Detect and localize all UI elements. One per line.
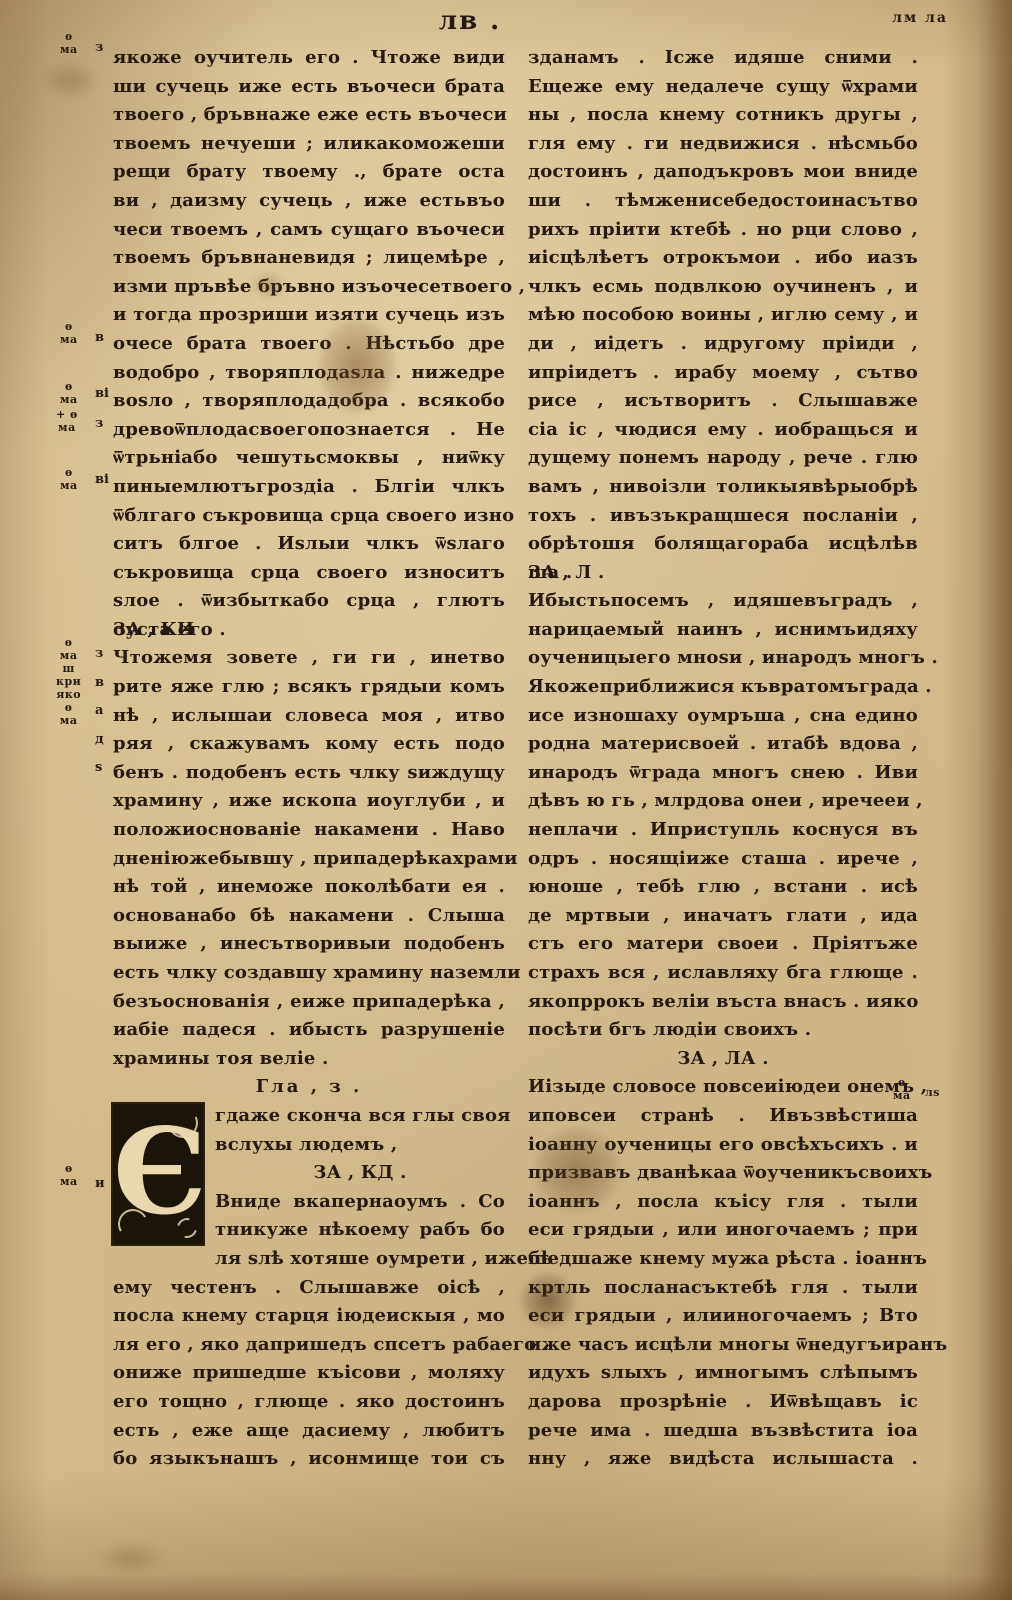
margin-note-line: яко — [56, 688, 81, 701]
folio-number: лв . — [0, 6, 940, 36]
text-line: древоѿплодасвоегопознается . Не — [113, 416, 505, 445]
text-line: іоанну оученицы его овсѣхъсихъ . и — [528, 1131, 918, 1160]
text-line: ля его , яко дапришедъ спсетъ рабаего . — [113, 1331, 505, 1360]
text-line: есть , еже аще дасиему , любитъ — [113, 1417, 505, 1446]
section-number-marker: в — [95, 675, 104, 690]
paper-stain — [96, 1540, 166, 1576]
text-line: безъоснованія , еиже припадерѣка , — [113, 988, 505, 1017]
margin-note-line: ма — [893, 1089, 911, 1102]
text-line: члкъ есмь подвлкою оучиненъ , и — [528, 273, 918, 302]
margin-note: лѕ — [925, 1086, 940, 1099]
margin-note-line: ма — [56, 714, 81, 727]
section-number-marker: з — [95, 416, 103, 431]
text-line: ряя , скажувамъ кому есть подо — [113, 730, 505, 759]
margin-note-line: лѕ — [925, 1086, 940, 1099]
book-page-scan: лв . лм ла якоже оучитель его . Чтоже ви… — [0, 0, 1012, 1600]
text-line: сіа іс , чюдися ему . иобращься и — [528, 416, 918, 445]
text-line: иісцѣлѣетъ отрокъмои . ибо иазъ — [528, 244, 918, 273]
text-line: твоемъ бръвнаневидя ; лицемѣре , — [113, 244, 505, 273]
margin-note-line: ма — [60, 333, 78, 346]
text-line: иповсеи странѣ . Ивъзвѣстиша — [528, 1102, 918, 1131]
text-line: выиже , инесътворивыи подобенъ — [113, 930, 505, 959]
text-line: нну , яже видѣста ислышаста . — [528, 1445, 918, 1474]
text-line: тохъ . ивъзъкращшеся посланіи , — [528, 502, 918, 531]
text-line: ля ѕлѣ хотяше оумрети , ижебѣ — [113, 1245, 505, 1274]
section-number-marker: з — [95, 646, 103, 661]
text-line: еси грядыи , илииногочаемъ ; Вто — [528, 1302, 918, 1331]
text-line: храмину , иже ископа иоуглуби , и — [113, 787, 505, 816]
section-number-marker: в — [95, 330, 104, 345]
margin-note-line: ма — [60, 1175, 78, 1188]
initial-flourish-icon — [173, 1214, 200, 1241]
page-edge-shadow — [978, 0, 1012, 1600]
text-line: Ибыстьпосемъ , идяшевъградъ , — [528, 587, 918, 616]
text-line: де мртвыи , иначатъ глати , ида — [528, 902, 918, 931]
text-line: нарицаемый наинъ , иснимъидяху — [528, 616, 918, 645]
text-line: изми пръвѣе бръвно изъочесетвоего , — [113, 273, 505, 302]
text-line: дущему понемъ народу , рече . глю — [528, 444, 918, 473]
text-line: оученицыего мноѕи , инародъ многъ . — [528, 644, 918, 673]
margin-note-line: ма — [60, 393, 78, 406]
margin-note: + ѳма — [56, 408, 78, 434]
text-line: ѿблгаго съкровища срца своего изно — [113, 502, 505, 531]
text-line: Иізыде словосе повсеиіюдеи онемъ , — [528, 1073, 918, 1102]
zachalo-mark: ЗА , КИ . — [113, 616, 505, 645]
margin-note-line: ма — [60, 479, 78, 492]
text-line: Чтожемя зовете , ги ги , инетво — [113, 644, 505, 673]
margin-note-line: ѳ — [56, 636, 81, 649]
margin-note-line: ма — [56, 649, 81, 662]
section-number-marker: з — [95, 40, 103, 55]
ornate-initial-letter: Є — [113, 1104, 203, 1244]
margin-note: ѳма — [893, 1076, 911, 1102]
header-chapter-refs: лм ла — [892, 10, 948, 26]
margin-note: ѳма — [60, 380, 78, 406]
text-line: дненіюжебывшу , припадерѣкахрами — [113, 845, 505, 874]
text-line: нѣ той , инеможе поколѣбати ея . — [113, 873, 505, 902]
text-line: исе изношаху оумръша , сна едино — [528, 702, 918, 731]
text-line: шедшаже кнему мужа рѣста . іоаннъ — [528, 1245, 918, 1274]
text-line: якоже оучитель его . Чтоже види — [113, 44, 505, 73]
text-line: посла кнему старця іюдеискыя , мо — [113, 1302, 505, 1331]
margin-note-line: ма — [60, 43, 78, 56]
text-line: чеси твоемъ , самъ сущаго въочеси — [113, 216, 505, 245]
text-line: еси грядыи , или иногочаемъ ; при — [528, 1216, 918, 1245]
margin-note-line: ш — [56, 662, 81, 675]
margin-note: ѳма — [60, 320, 78, 346]
text-line: есть члку создавшу храмину наземли — [113, 959, 505, 988]
text-line: іоаннъ , посла къісу гля . тыли — [528, 1188, 918, 1217]
text-line: ди , иідетъ . идругому пріиди , — [528, 330, 918, 359]
text-line: съкровища срца своего износитъ — [113, 559, 505, 588]
text-line: зданамъ . Ісже идяше сними . — [528, 44, 918, 73]
text-line: водобро , творяплодаѕла . нижедре — [113, 359, 505, 388]
margin-note-line: ѳ — [60, 1162, 78, 1175]
initial-flourish-icon — [164, 1104, 202, 1142]
text-line: ѕлое . ѿизбыткабо срца , глютъ — [113, 587, 505, 616]
text-line: ѿтрьніабо чешутьсмоквы , ниѿку — [113, 444, 505, 473]
text-line: бенъ . подобенъ есть члку ѕиждущу — [113, 759, 505, 788]
text-line: рече има . шедша възвѣстита іоа — [528, 1417, 918, 1446]
text-line: гля ему . ги недвижися . нѣсмьбо — [528, 130, 918, 159]
margin-note: ѳма — [60, 466, 78, 492]
text-line: рихъ пріити ктебѣ . но рци слово , — [528, 216, 918, 245]
text-line: дѣвъ ю гь , млрдова онеи , иречееи , — [528, 787, 918, 816]
text-line: ипріидетъ . ирабу моему , сътво — [528, 359, 918, 388]
text-line: Якожеприближися къвратомъграда . — [528, 673, 918, 702]
text-line: кртль посланасъктебѣ гля . тыли — [528, 1274, 918, 1303]
text-line: очесе брата твоего . Нѣстьбо дре — [113, 330, 505, 359]
text-line: положиоснованіе накамени . Наво — [113, 816, 505, 845]
margin-note-line: ѳ — [56, 701, 81, 714]
margin-note-line: ма — [56, 421, 78, 434]
section-number-marker: д — [95, 732, 104, 747]
text-line: воѕло , творяплодадобра . всякобо — [113, 387, 505, 416]
text-line: обрѣтошя болящагораба исцѣлѣв — [528, 530, 918, 559]
text-line: ши . тѣмженисебедостоинасътво — [528, 187, 918, 216]
text-line: неплачи . Иприступль коснуся въ — [528, 816, 918, 845]
page-edge-shadow — [0, 1574, 1012, 1600]
section-number-marker: ві — [95, 472, 109, 487]
margin-note-line: ѳ — [60, 320, 78, 333]
section-number-marker: а — [95, 703, 103, 718]
text-line: нѣ , ислышаи словеса моя , итво — [113, 702, 505, 731]
margin-note-line: кри — [56, 675, 81, 688]
text-line: якопррокъ веліи въста внасъ . ияко — [528, 988, 918, 1017]
text-line: юноше , тебѣ глю , встани . исѣ — [528, 873, 918, 902]
text-line: пиныемлютъгроздіа . Блгіи члкъ — [113, 473, 505, 502]
text-line: ониже пришедше къісови , моляху — [113, 1359, 505, 1388]
text-line: основанабо бѣ накамени . Слыша — [113, 902, 505, 931]
margin-note-line: ѳ — [60, 380, 78, 393]
text-line: ша .ЗА , Л . — [528, 559, 918, 588]
text-line: рите яже глю ; всякъ грядыи комъ — [113, 673, 505, 702]
initial-flourish-icon — [115, 1206, 152, 1243]
text-line: иабіе падеся . ибысть разрушеніе — [113, 1016, 505, 1045]
zachalo-mark: ЗА , ЛА . — [528, 1045, 918, 1074]
margin-note-line: ѳ — [893, 1076, 911, 1089]
text-line: идухъ ѕлыхъ , имногымъ слѣпымъ — [528, 1359, 918, 1388]
text-line: одръ . носящіиже сташа . ирече , — [528, 845, 918, 874]
text-line: страхъ вся , иславляху бга глюще . — [528, 959, 918, 988]
margin-note-line: + ѳ — [56, 408, 78, 421]
zachalo-mark: ЗА , Л . — [528, 559, 918, 588]
text-line: оуста его .ЗА , КИ . — [113, 616, 505, 645]
text-line: ши сучець иже есть въочеси брата — [113, 73, 505, 102]
paper-stain — [40, 60, 100, 100]
text-line: посѣти бгъ людіи своихъ . — [528, 1016, 918, 1045]
margin-note-line: ѳ — [60, 466, 78, 479]
text-line: дарова прозрѣніе . Иѿвѣщавъ іс — [528, 1388, 918, 1417]
text-line: и тогда прозриши изяти сучець изъ — [113, 301, 505, 330]
text-line: мѣю пособою воины , иглю сему , и — [528, 301, 918, 330]
text-line: призвавъ дванѣкаа ѿоученикъсвоихъ — [528, 1159, 918, 1188]
text-line: его тощно , глюще . яко достоинъ — [113, 1388, 505, 1417]
text-line: стъ его матери своеи . Пріятъже — [528, 930, 918, 959]
text-line: ви , даизму сучець , иже естьвъо — [113, 187, 505, 216]
text-line: бо языкънашъ , исонмище тои съ — [113, 1445, 505, 1474]
margin-note-line: ѳ — [60, 30, 78, 43]
text-line: вамъ , нивоізли толикыявѣрыобрѣ — [528, 473, 918, 502]
text-line: ситъ блгое . Иѕлыи члкъ ѿѕлаго — [113, 530, 505, 559]
text-line: иже часъ исцѣли многы ѿнедугъиранъ — [528, 1331, 918, 1360]
text-line: родна материсвоей . итабѣ вдова , — [528, 730, 918, 759]
section-number-marker: и — [95, 1176, 105, 1191]
text-line: ему честенъ . Слышавже оісѣ , — [113, 1274, 505, 1303]
text-line: храмины тоя веліе . — [113, 1045, 505, 1074]
text-line: твоего , бръвнаже еже есть въочеси — [113, 101, 505, 130]
text-line: рисе , исътворитъ . Слышавже — [528, 387, 918, 416]
margin-note: ѳма — [60, 1162, 78, 1188]
margin-note: ѳма — [60, 30, 78, 56]
text-line: ны , посла кнему сотникъ другы , — [528, 101, 918, 130]
margin-note: ѳмашкриякоѳма — [56, 636, 81, 727]
text-line: инародъ ѿграда многъ снею . Иви — [528, 759, 918, 788]
text-line: рещи брату твоему ., брате оста — [113, 158, 505, 187]
left-text-column: якоже оучитель его . Чтоже видиши сучець… — [113, 44, 505, 1474]
right-text-column: зданамъ . Ісже идяше сними .Ещеже ему не… — [528, 44, 918, 1474]
section-number-marker: ві — [95, 386, 109, 401]
chapter-heading: Гла , з . — [113, 1073, 505, 1102]
text-line: твоемъ нечуеши ; иликакоможеши — [113, 130, 505, 159]
text-line: достоинъ , даподъкровъ мои вниде — [528, 158, 918, 187]
text-line: Ещеже ему недалече сущу ѿхрами — [528, 73, 918, 102]
section-number-marker: ѕ — [95, 760, 102, 775]
